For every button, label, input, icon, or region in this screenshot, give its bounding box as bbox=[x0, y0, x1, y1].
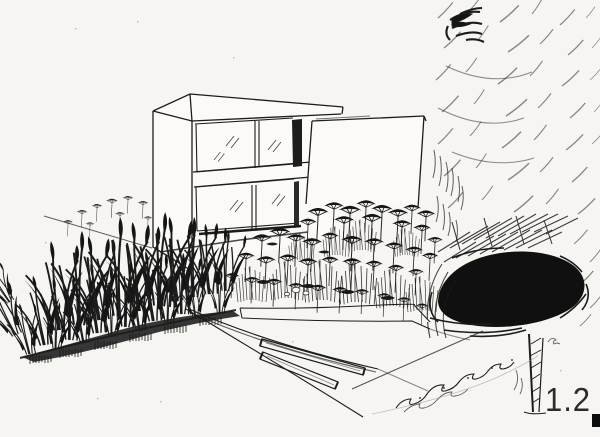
wing-block bbox=[306, 116, 426, 208]
window-reveal-shadow-lower bbox=[294, 181, 299, 228]
window-reveal-shadow bbox=[292, 119, 302, 167]
sketch-canvas bbox=[0, 0, 600, 437]
sketch-page: 1.2 bbox=[0, 0, 600, 437]
figure-number-label: 1.2 bbox=[545, 381, 591, 419]
corner-print-mark bbox=[592, 414, 600, 427]
